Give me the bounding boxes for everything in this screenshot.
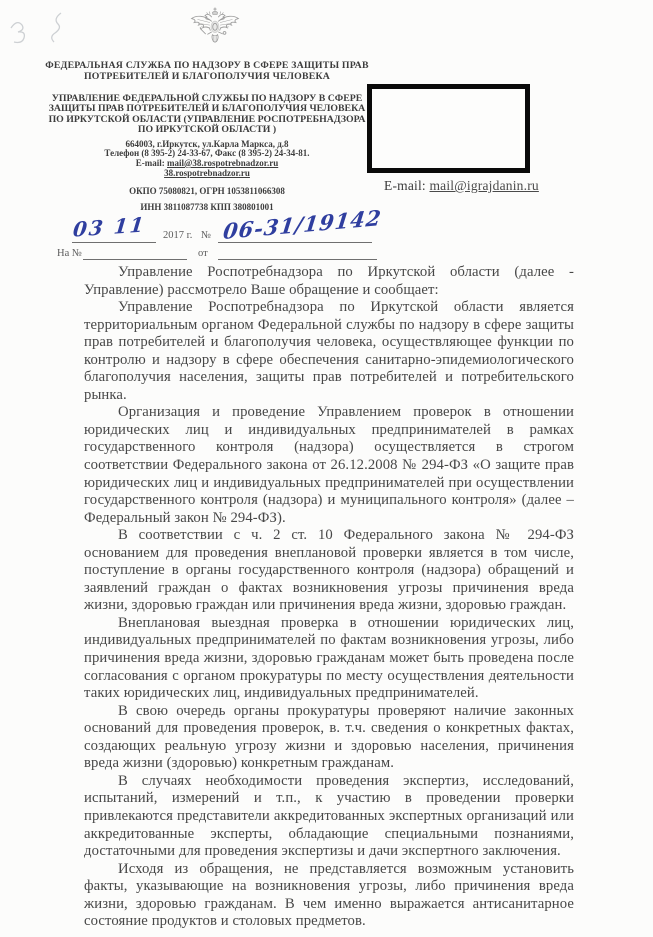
okpo-ogrn-line: ОКПО 75080821, ОГРН 1053811066308 [44,186,370,196]
date-underline [72,242,156,243]
number-sign: № [201,230,211,241]
incoming-number-label: На № [57,248,82,259]
handwritten-month: 11 [113,212,147,238]
federal-service-name: ФЕДЕРАЛЬНАЯ СЛУЖБА ПО НАДЗОРУ В СФЕРЕ ЗА… [44,60,370,82]
recipient-email-label: E-mail: [384,178,429,193]
double-headed-eagle-emblem-icon [189,6,241,52]
paragraph: В случаях необходимости проведения экспе… [84,773,574,861]
paragraph: Управление Роспотребнадзора по Иркутской… [84,299,574,404]
paragraph: Организация и проведение Управлением про… [84,404,574,527]
pencil-squiggle-icon [6,16,32,48]
year-label: 2017 г. [163,230,192,241]
department-name: УПРАВЛЕНИЕ ФЕДЕРАЛЬНОЙ СЛУЖБЫ ПО НАДЗОРУ… [44,94,370,136]
recipient-email-link[interactable]: mail@igrajdanin.ru [429,178,538,193]
paragraph: Внеплановая выездная проверка в отношени… [84,615,574,703]
incoming-reference-row: На № от [55,246,385,260]
reference-block: 0311 2017 г. № 06-31/19142 На № от [55,216,385,258]
from-label: от [198,248,208,259]
handwritten-day: 03 [72,215,106,241]
letter-body: Управление Роспотребнадзора по Иркутской… [84,264,574,931]
paragraph: В соответствии с ч. 2 ст. 10 Федеральног… [84,527,574,615]
handwritten-date: 0311 [72,212,147,241]
incoming-number-underline [83,259,187,260]
scanned-letter-page: ФЕДЕРАЛЬНАЯ СЛУЖБА ПО НАДЗОРУ В СФЕРЕ ЗА… [0,0,653,937]
letterhead-website-line: 38.rospotrebnadzor.ru [44,169,370,179]
recipient-email-line: E-mail: mail@igrajdanin.ru [384,178,539,194]
from-underline [218,259,377,260]
paragraph: Исходя из обращения, не представляется в… [84,861,574,931]
letterhead-email-link[interactable]: mail@38.rospotrebnadzor.ru [167,158,278,168]
paragraph: Управление Роспотребнадзора по Иркутской… [84,264,574,299]
email-label: E-mail: [136,158,167,168]
letterhead-website-link[interactable]: 38.rospotrebnadzor.ru [164,168,250,178]
letterhead: ФЕДЕРАЛЬНАЯ СЛУЖБА ПО НАДЗОРУ В СФЕРЕ ЗА… [44,60,370,212]
redaction-box [367,84,530,173]
pencil-squiggle-icon [46,10,70,44]
paragraph: В свою очередь органы прокуратуры провер… [84,703,574,773]
